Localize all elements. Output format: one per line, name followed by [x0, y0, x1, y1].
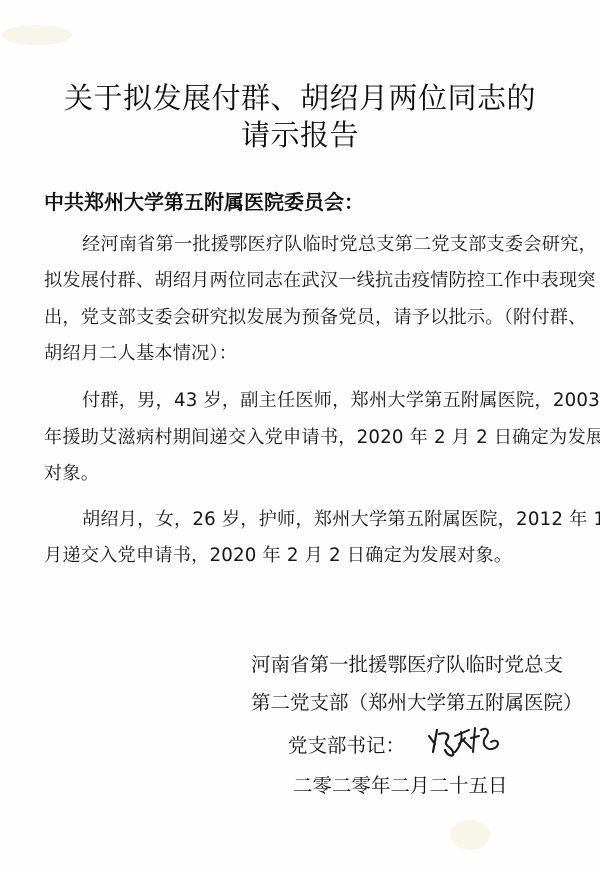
- paragraph-2-line-2: 年援助艾滋病村期间递交入党申请书，2020 年 2 月 2 日确定为发展: [44, 423, 600, 449]
- paragraph-3-line-1: 胡绍月，女，26 岁，护师，郑州大学第五附属医院，2012 年 10: [82, 505, 600, 531]
- paragraph-1-line-2: 拟发展付群、胡绍月两位同志在武汉一线抗击疫情防控工作中表现突: [44, 266, 596, 292]
- paragraph-1-line-3: 出，党支部支委会研究拟发展为预备党员，请予以批示。（附付群、: [44, 303, 587, 329]
- signing-organization-line-1: 河南省第一批援鄂医疗队临时党总支: [251, 649, 563, 677]
- paragraph-3-line-2: 月递交入党申请书，2020 年 2 月 2 日确定为发展对象。: [44, 541, 512, 567]
- paragraph-2-line-1: 付群，男，43 岁，副主任医师，郑州大学第五附属医院，2003: [82, 386, 600, 412]
- paragraph-1-line-1: 经河南省第一批援鄂医疗队临时党总支第二党支部支委会研究，: [82, 230, 597, 256]
- salutation: 中共郑州大学第五附属医院委员会：: [44, 186, 364, 215]
- document-title-line-1: 关于拟发展付群、胡绍月两位同志的: [0, 76, 600, 117]
- scan-artifact: [2, 25, 72, 45]
- paragraph-1-line-4: 胡绍月二人基本情况）：: [44, 339, 237, 365]
- document-date: 二零二零年二月二十五日: [293, 770, 508, 798]
- document-page: 关于拟发展付群、胡绍月两位同志的 请示报告 中共郑州大学第五附属医院委员会： 经…: [0, 0, 600, 872]
- document-title-line-2: 请示报告: [0, 113, 600, 154]
- scan-artifact: [450, 820, 490, 850]
- paragraph-2-line-3: 对象。: [44, 459, 99, 485]
- handwritten-signature-icon: [425, 722, 505, 762]
- secretary-label: 党支部书记：: [288, 730, 405, 758]
- signing-organization-line-2: 第二党支部（郑州大学第五附属医院）: [251, 687, 583, 715]
